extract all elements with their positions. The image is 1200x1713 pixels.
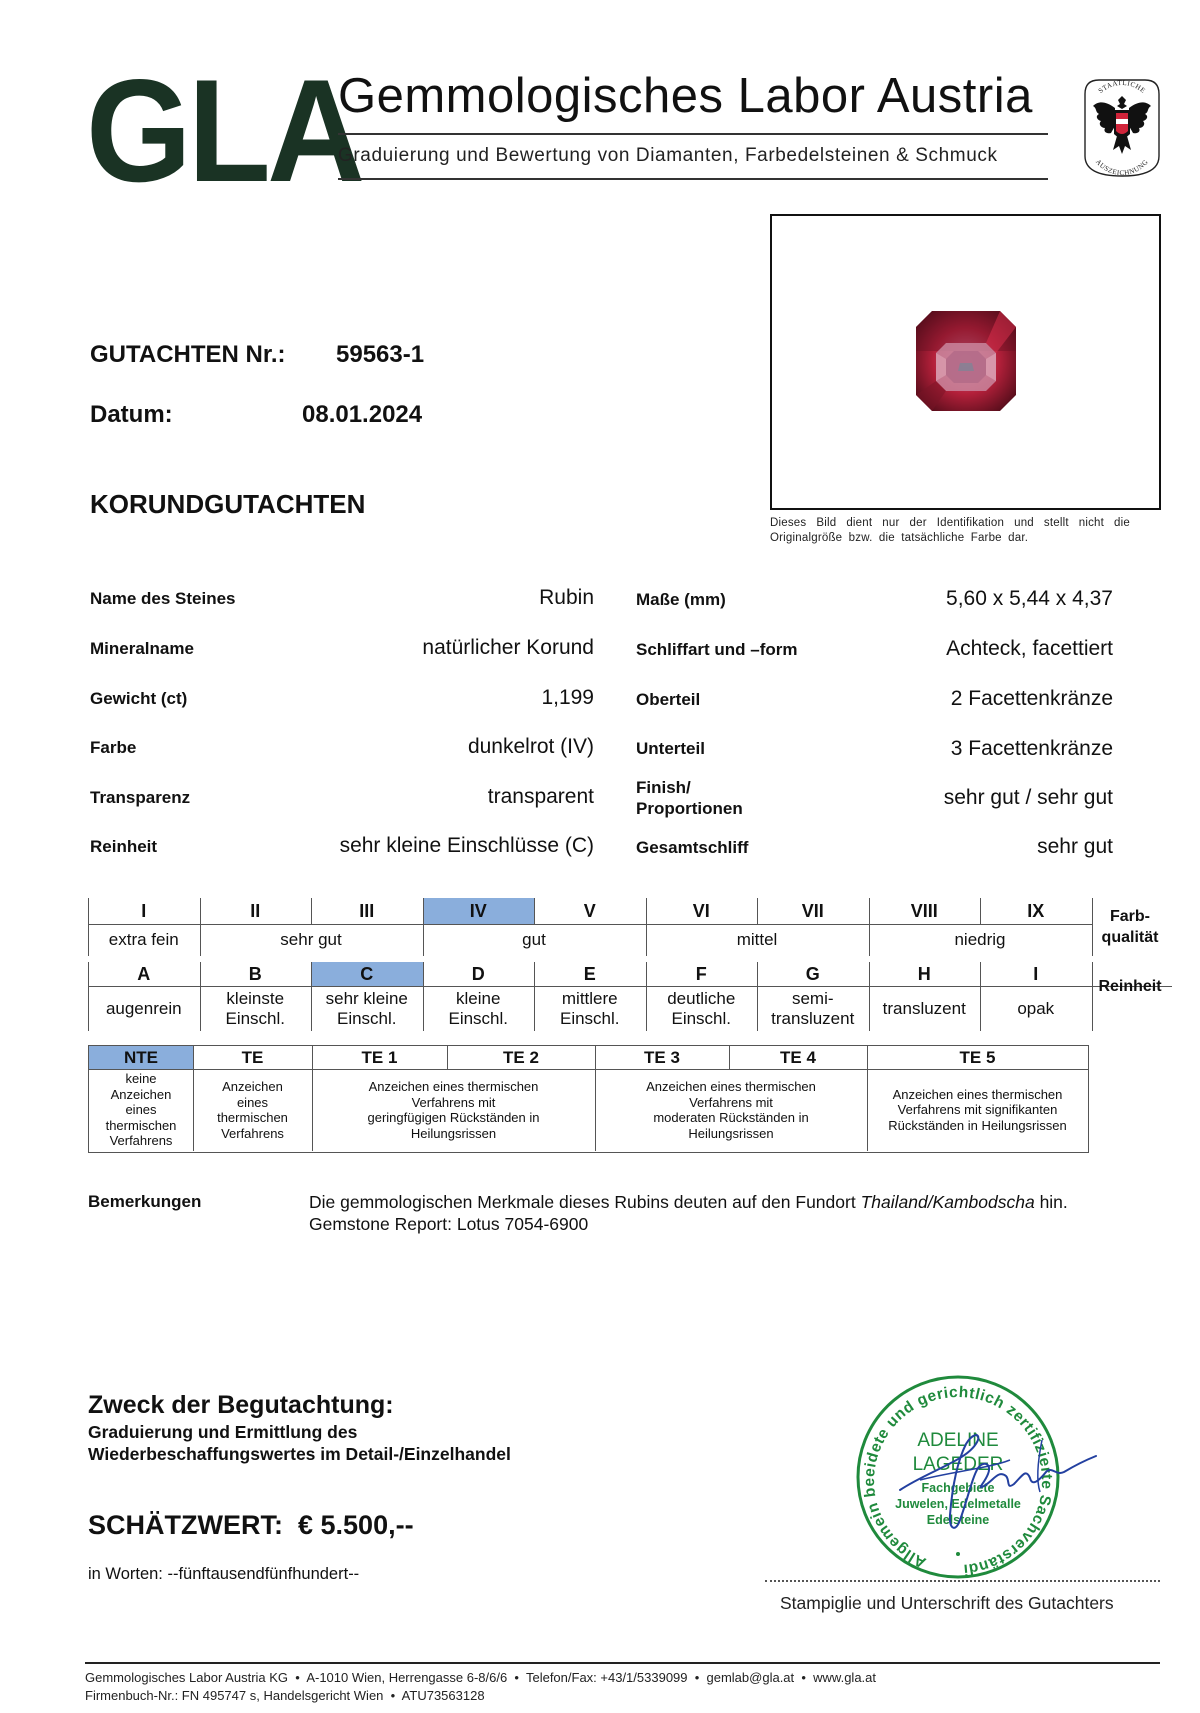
treatment-description-line: keine: [125, 1071, 156, 1087]
treatment-gridline: [867, 1046, 868, 1069]
footer: Gemmologisches Labor Austria KG • A-1010…: [85, 1669, 876, 1704]
treatment-description-line: Anzeichen eines thermischen: [369, 1079, 539, 1095]
treatment-gridline: [312, 1046, 313, 1069]
treatment-description-line: Verfahrens mit signifikanten: [898, 1102, 1058, 1118]
treatment-description-line: Verfahrens mit: [412, 1095, 496, 1111]
color-scale-gridline: [200, 898, 201, 924]
color-scale-gridline: [534, 898, 535, 924]
clarity-scale-gridline: [1092, 962, 1093, 1031]
color-grade-iv: IV: [423, 898, 535, 924]
clarity-grade-e: E: [534, 962, 646, 986]
treatment-description-line: moderaten Rückständen in: [653, 1110, 808, 1126]
prop-label: Schliffart und –form: [636, 639, 798, 660]
color-grade-vi: VI: [646, 898, 758, 924]
origin-location: Thailand/Kambodscha: [861, 1192, 1035, 1212]
clarity-scale-gridline: [980, 962, 981, 1031]
prop-value: Rubin: [539, 586, 594, 610]
prop-label: Transparenz: [90, 787, 190, 808]
color-quality-scale: IIIIIIIVVVIVIIVIIIIXextra feinsehr gutgu…: [88, 898, 1092, 956]
signature-caption: Stampiglie und Unterschrift des Gutachte…: [780, 1593, 1114, 1614]
prop-value: Achteck, facettiert: [946, 637, 1113, 661]
signature: [860, 1420, 1120, 1540]
treatment-grade-te-1: TE 1: [312, 1046, 447, 1069]
prop-value: dunkelrot (IV): [468, 735, 594, 759]
treatment-grade-te-2: TE 2: [447, 1046, 595, 1069]
treatment-description-line: Anzeichen eines thermischen: [893, 1087, 1063, 1103]
clarity-description-line: kleine: [423, 989, 535, 1009]
color-scale-gridline: [980, 898, 981, 924]
clarity-grade-g: G: [757, 962, 869, 986]
color-scale-gridline: [1092, 924, 1093, 956]
treatment-description-line: Verfahrens: [221, 1126, 284, 1142]
treatment-gridline: [312, 1069, 313, 1151]
color-grade-i: I: [88, 898, 200, 924]
treatment-description: AnzeicheneinesthermischenVerfahrens: [193, 1069, 312, 1151]
color-group: gut: [423, 924, 646, 956]
clarity-grade-d: D: [423, 962, 535, 986]
prop-value: 3 Facettenkränze: [951, 737, 1113, 761]
image-disclaimer-line1: Dieses Bild dient nur der Identifikation…: [770, 516, 1130, 531]
clarity-description-line: Einschl.: [200, 1009, 312, 1029]
remarks-line2: Gemstone Report: Lotus 7054-6900: [309, 1213, 1068, 1235]
treatment-grade-te-4: TE 4: [729, 1046, 867, 1069]
color-grade-ii: II: [200, 898, 312, 924]
treatment-gridline: [595, 1069, 596, 1151]
color-scale-label-line: Farb-: [1095, 906, 1165, 927]
purpose-line: Wiederbeschaffungswertes im Detail-/Einz…: [88, 1443, 511, 1465]
treatment-description-line: Anzeichen: [222, 1079, 283, 1095]
clarity-scale-gridline: [311, 962, 312, 1031]
color-scale-gridline: [757, 898, 758, 924]
clarity-description-line: semi-: [757, 989, 869, 1009]
lab-subtitle: Graduierung und Bewertung von Diamanten,…: [338, 145, 998, 167]
clarity-description-line: Einschl.: [311, 1009, 423, 1029]
treatment-grade-te-3: TE 3: [595, 1046, 729, 1069]
treatment-description-line: Verfahrens: [110, 1133, 173, 1149]
treatment-description: Anzeichen eines thermischenVerfahrens mi…: [595, 1069, 867, 1151]
color-scale-gridline: [200, 924, 201, 956]
clarity-description: semi-transluzent: [757, 986, 869, 1031]
clarity-grade-i: I: [980, 962, 1092, 986]
color-scale-gridline: [311, 898, 312, 924]
remarks-text-part: Die gemmologischen Merkmale dieses Rubin…: [309, 1192, 861, 1212]
footer-registration: Firmenbuch-Nr.: FN 495747 s, Handelsgeri…: [85, 1687, 876, 1705]
treatment-description: Anzeichen eines thermischenVerfahrens mi…: [867, 1069, 1088, 1151]
treatment-gridline: [867, 1069, 868, 1151]
color-scale-gridline: [869, 898, 870, 924]
clarity-scale-gridline: [534, 962, 535, 1031]
clarity-description-line: kleinste: [200, 989, 312, 1009]
prop-label: Reinheit: [90, 836, 157, 857]
prop-value: sehr gut / sehr gut: [944, 786, 1113, 810]
clarity-grade-f: F: [646, 962, 758, 986]
clarity-description: sehr kleineEinschl.: [311, 986, 423, 1031]
purpose-line: Graduierung und Ermittlung des: [88, 1421, 511, 1443]
prop-value: transparent: [488, 785, 594, 809]
clarity-description: kleinsteEinschl.: [200, 986, 312, 1031]
clarity-description: opak: [980, 986, 1092, 1031]
treatment-gridline: [729, 1046, 730, 1069]
treatment-description: keineAnzeicheneinesthermischenVerfahrens: [89, 1069, 193, 1151]
treatment-description-line: Heilungsrissen: [688, 1126, 773, 1142]
image-disclaimer: Dieses Bild dient nur der Identifikation…: [770, 516, 1130, 546]
prop-label: Maße (mm): [636, 589, 726, 610]
clarity-description-line: Einschl.: [646, 1009, 758, 1029]
valuation-label: SCHÄTZWERT:: [88, 1510, 283, 1540]
prop-label: Farbe: [90, 737, 136, 758]
prop-label: Mineralname: [90, 638, 194, 659]
clarity-description-line: opak: [980, 999, 1092, 1019]
clarity-description: augenrein: [88, 986, 200, 1031]
treatment-description: Anzeichen eines thermischenVerfahrens mi…: [312, 1069, 595, 1151]
clarity-description-line: transluzent: [869, 999, 981, 1019]
treatment-description-line: geringfügigen Rückständen in: [367, 1110, 539, 1126]
color-scale-gridline: [646, 898, 647, 924]
prop-value: sehr kleine Einschlüsse (C): [340, 834, 594, 858]
clarity-scale-label: Reinheit: [1094, 976, 1166, 997]
treatment-grade-te-5: TE 5: [867, 1046, 1088, 1069]
remarks-line1: Die gemmologischen Merkmale dieses Rubin…: [309, 1191, 1068, 1213]
prop-label: Name des Steines: [90, 588, 236, 609]
clarity-description-line: mittlere: [534, 989, 646, 1009]
treatment-gridline: [447, 1046, 448, 1069]
gla-logo: GLA: [86, 58, 361, 204]
clarity-description-line: Einschl.: [534, 1009, 646, 1029]
footer-rule: [85, 1662, 1160, 1664]
prop-label: Oberteil: [636, 689, 700, 710]
color-group: sehr gut: [200, 924, 423, 956]
valuation-words: in Worten: --fünftausendfünfhundert--: [88, 1565, 359, 1584]
treatment-description-line: Anzeichen eines thermischen: [646, 1079, 816, 1095]
lab-name: Gemmologisches Labor Austria: [338, 72, 1033, 121]
color-scale-gridline: [88, 924, 89, 956]
clarity-scale: AaugenreinBkleinsteEinschl.Csehr kleineE…: [88, 962, 1092, 1031]
valuation-amount: € 5.500,--: [298, 1510, 414, 1540]
purpose-title: Zweck der Begutachtung:: [88, 1391, 394, 1420]
header-rule-top: [338, 133, 1048, 135]
color-group: mittel: [646, 924, 869, 956]
prop-label: Gesamtschliff: [636, 837, 748, 858]
footer-contact: Gemmologisches Labor Austria KG • A-1010…: [85, 1669, 876, 1687]
report-number-label: GUTACHTEN Nr.:: [90, 341, 286, 369]
clarity-description: transluzent: [869, 986, 981, 1031]
prop-value: 2 Facettenkränze: [951, 687, 1113, 711]
color-scale-label: Farb- qualität: [1095, 906, 1165, 948]
svg-text:STAATLICHE: STAATLICHE: [1097, 79, 1147, 95]
color-scale-gridline: [869, 924, 870, 956]
clarity-description-line: transluzent: [757, 1009, 869, 1029]
image-disclaimer-line2: Originalgröße bzw. die tatsächliche Farb…: [770, 531, 1130, 546]
treatment-grade-nte: NTE: [89, 1046, 193, 1069]
ruby-stone-image: [916, 311, 1016, 411]
prop-label-line: Finish/: [636, 777, 743, 798]
treatment-description-line: Verfahrens mit: [689, 1095, 773, 1111]
color-grade-vii: VII: [757, 898, 869, 924]
clarity-description: kleineEinschl.: [423, 986, 535, 1031]
color-scale-gridline: [423, 924, 424, 956]
prop-label: Unterteil: [636, 738, 705, 759]
austrian-eagle-crest-icon: STAATLICHE AUSZEICHNUNG: [1077, 76, 1167, 180]
color-scale-gridline: [646, 924, 647, 956]
clarity-grade-c: C: [311, 962, 423, 986]
color-group: extra fein: [88, 924, 200, 956]
clarity-scale-gridline: [88, 962, 89, 1031]
color-grade-iii: III: [311, 898, 423, 924]
clarity-description-line: sehr kleine: [311, 989, 423, 1009]
report-number-value: 59563-1: [336, 341, 424, 369]
clarity-grade-a: A: [88, 962, 200, 986]
clarity-scale-gridline: [423, 962, 424, 1031]
clarity-scale-divider: [88, 986, 1172, 987]
color-scale-label-line: qualität: [1095, 927, 1165, 948]
remarks-text: Die gemmologischen Merkmale dieses Rubin…: [309, 1191, 1068, 1235]
color-grade-v: V: [534, 898, 646, 924]
report-date-label: Datum:: [90, 401, 173, 429]
header-rule-bottom: [338, 178, 1048, 180]
treatment-description-line: Rückständen in Heilungsrissen: [888, 1118, 1066, 1134]
color-grade-ix: IX: [980, 898, 1092, 924]
prop-value: natürlicher Korund: [422, 636, 594, 660]
treatment-description-line: thermischen: [217, 1110, 288, 1126]
treatment-gridline: [595, 1046, 596, 1069]
report-date-value: 08.01.2024: [302, 401, 422, 429]
treatment-gridline: [193, 1046, 194, 1069]
treatment-description-line: Anzeichen: [111, 1087, 172, 1103]
stone-image-frame: [770, 214, 1161, 510]
color-scale-gridline: [423, 898, 424, 924]
prop-label-line: Proportionen: [636, 798, 743, 819]
treatment-grade-te: TE: [193, 1046, 312, 1069]
remarks-text-part: hin.: [1035, 1192, 1068, 1212]
treatment-description-line: eines: [125, 1102, 156, 1118]
clarity-grade-b: B: [200, 962, 312, 986]
color-scale-gridline: [88, 898, 89, 924]
treatment-description-line: thermischen: [106, 1118, 177, 1134]
clarity-description: mittlereEinschl.: [534, 986, 646, 1031]
clarity-description-line: deutliche: [646, 989, 758, 1009]
treatment-description-line: Heilungsrissen: [411, 1126, 496, 1142]
treatment-gridline: [193, 1069, 194, 1151]
remarks-label: Bemerkungen: [88, 1192, 201, 1212]
prop-value: 1,199: [541, 686, 594, 710]
clarity-description-line: Einschl.: [423, 1009, 535, 1029]
clarity-scale-gridline: [757, 962, 758, 1031]
purpose-text: Graduierung und Ermittlung des Wiederbes…: [88, 1421, 511, 1465]
clarity-description-line: augenrein: [88, 999, 200, 1019]
prop-label: Finish/ Proportionen: [636, 777, 743, 819]
color-grade-viii: VIII: [869, 898, 981, 924]
color-scale-gridline: [1092, 898, 1093, 924]
clarity-scale-gridline: [200, 962, 201, 1031]
valuation: SCHÄTZWERT: € 5.500,--: [88, 1510, 414, 1541]
color-group: niedrig: [869, 924, 1092, 956]
clarity-scale-gridline: [646, 962, 647, 1031]
prop-value: sehr gut: [1037, 835, 1113, 859]
prop-label: Gewicht (ct): [90, 688, 187, 709]
clarity-scale-gridline: [869, 962, 870, 1031]
prop-value: 5,60 x 5,44 x 4,37: [946, 587, 1113, 611]
clarity-grade-h: H: [869, 962, 981, 986]
treatment-description-line: eines: [237, 1095, 268, 1111]
clarity-description: deutlicheEinschl.: [646, 986, 758, 1031]
treatment-scale: NTETETE 1TE 2TE 3TE 4TE 5keineAnzeichene…: [88, 1045, 1089, 1153]
document-type: KORUNDGUTACHTEN: [90, 489, 365, 520]
signature-line: [765, 1580, 1160, 1582]
